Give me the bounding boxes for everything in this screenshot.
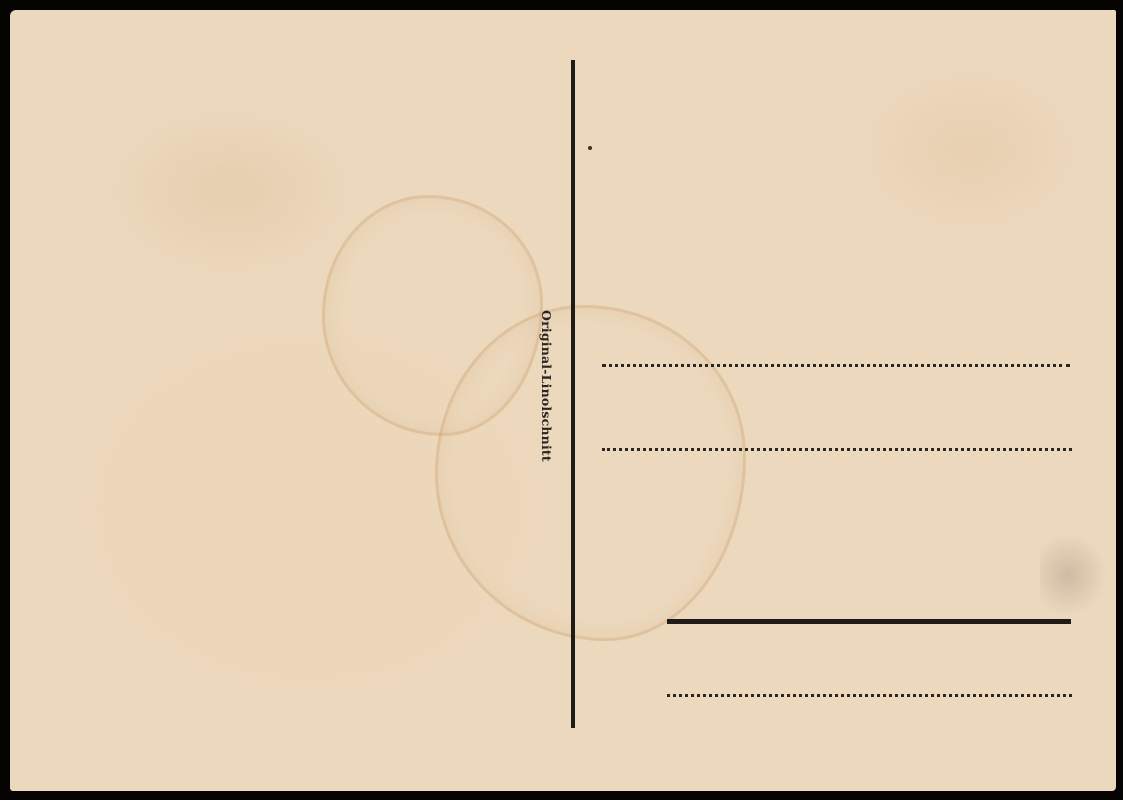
postmark-smudge [1040, 530, 1110, 620]
address-line-4 [667, 694, 1072, 697]
postcard-back: Original-Linolschnitt [10, 10, 1116, 791]
ink-speck [588, 146, 592, 150]
water-stain [435, 305, 746, 641]
center-divider-line [571, 60, 575, 728]
original-linocut-label: Original-Linolschnitt [539, 310, 554, 462]
address-line-3-solid [667, 619, 1071, 624]
address-line-1 [602, 364, 1070, 367]
address-line-2 [602, 448, 1072, 451]
